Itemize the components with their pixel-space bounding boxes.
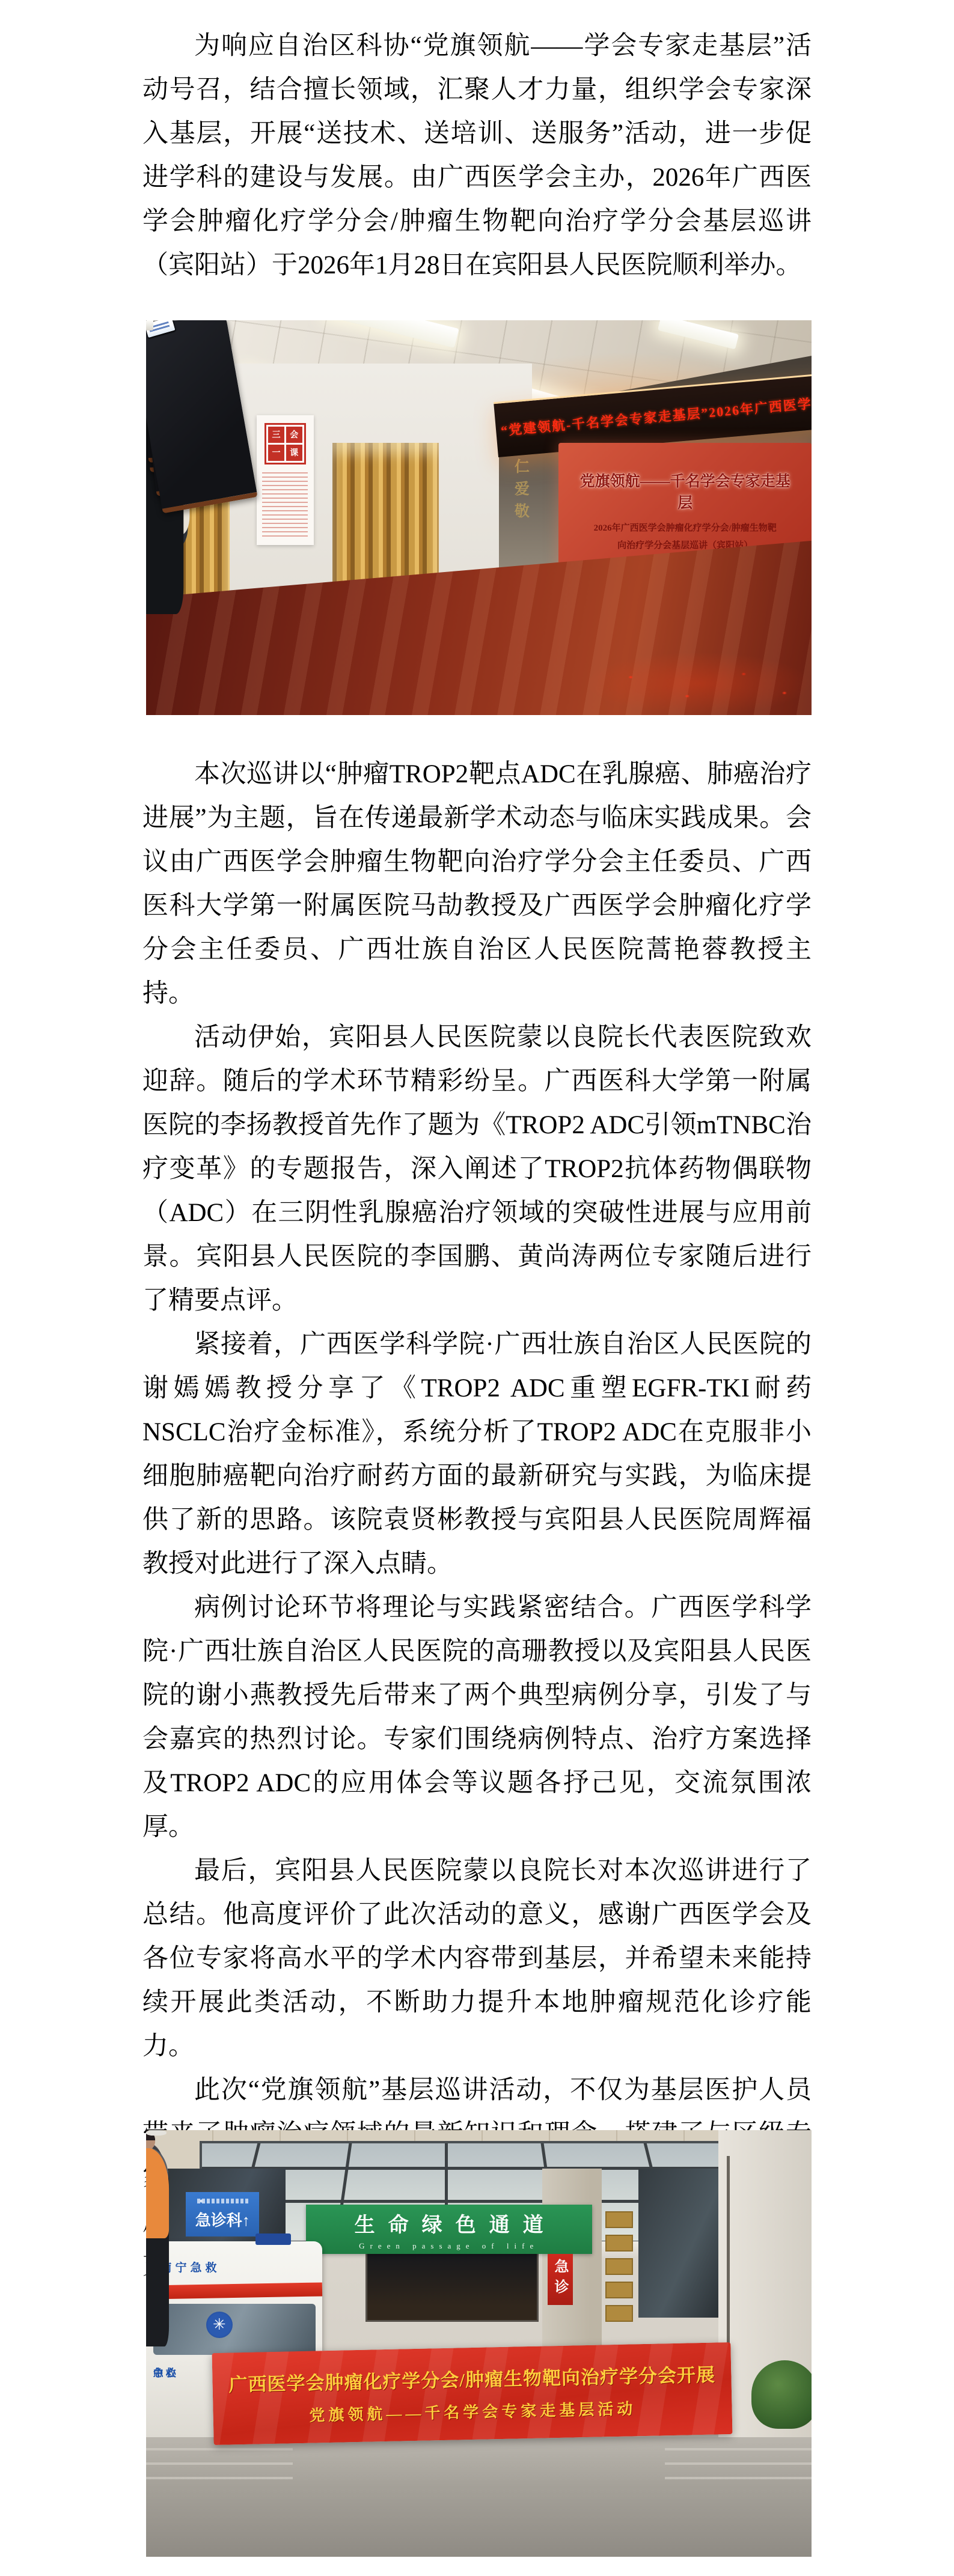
hospital-logo-icon (197, 2199, 248, 2203)
slide-title: 党旗领航——千名学会专家走基层 (579, 469, 792, 513)
green-sign-cn: 生命绿色通道 (341, 2208, 557, 2238)
green-passage-sign: 生命绿色通道 Green passage of life (306, 2205, 592, 2254)
red-banner: 广西医学会肿瘤化疗学分会/肿瘤生物靶向治疗学分会开展 党旗领航——千名学会专家走… (212, 2342, 732, 2445)
paragraph-lecture2: 紧接着，广西医学科学院·广西壮族自治区人民医院的谢嫣嫣教授分享了《TROP2 A… (142, 1323, 812, 1586)
ambulance-text-top: 南宁急救 (160, 2259, 301, 2275)
shrub (751, 2360, 812, 2429)
glass-wall-right (638, 2169, 718, 2318)
shoe (146, 2130, 165, 2136)
article-page: 为响应自治区科协“党旗领航——学会专家走基层”活动号召，结合擅长领域，汇聚人才力… (0, 0, 954, 2576)
emergency-vertical-sign: 急诊 (548, 2254, 573, 2305)
ambulance-lightbar (255, 2233, 291, 2246)
paragraph-theme: 本次巡讲以“肿瘤TROP2靶点ADC在乳腺癌、肺癌治疗进展”为主题，旨在传递最新… (142, 752, 812, 1015)
sanhui-yike-logo: 三 会 一 课 (264, 423, 306, 464)
party-study-poster: 三 会 一 课 (257, 415, 314, 546)
paragraph-summary: 最后，宾阳县人民医院蒙以良院长对本次巡讲进行了总结。他高度评价了此次活动的意义，… (142, 1849, 812, 2068)
steps-right (665, 2448, 812, 2491)
entrance-door (365, 2250, 539, 2322)
award-plaques (602, 2211, 635, 2318)
banner-line-2: 党旗领航——千名学会专家走基层活动 (309, 2397, 637, 2426)
pole (727, 2156, 730, 2369)
ambulance-stripe (146, 2283, 323, 2300)
wall-motto: 仁爱敬 (509, 458, 531, 525)
paragraph-intro: 为响应自治区科协“党旗领航——学会专家走基层”活动号召，结合擅长领域，汇聚人才力… (142, 24, 812, 287)
meeting-room-photo: 三 会 一 课 仁爱敬 “党建领航-千名学会专家走基层”2026年广西医学会肿瘤… (146, 320, 812, 715)
article-body: 本次巡讲以“肿瘤TROP2靶点ADC在乳腺癌、肺癌治疗进展”为主题，旨在传递最新… (142, 752, 812, 2288)
paragraph-opening: 活动伊始，宾阳县人民医院蒙以良院长代表医院致欢迎辞。随后的学术环节精彩纷呈。广西… (142, 1015, 812, 1323)
slide-subtitle-1: 2026年广西医学会肿瘤化疗学分会/肿瘤生物靶 (579, 521, 792, 534)
ambulance-window (153, 2304, 316, 2355)
paragraph-cases: 病例讨论环节将理论与实践紧密结合。广西医学科学院·广西壮族自治区人民医院的高珊教… (142, 1586, 812, 1849)
steps-left (146, 2448, 293, 2491)
emergency-dept-sign: 急诊科↑ (186, 2192, 259, 2237)
led-reflection (586, 652, 812, 715)
banner-line-1: 广西医学会肿瘤化疗学分会/肿瘤生物靶向治疗学分会开展 (228, 2360, 715, 2397)
poster-body-text (262, 472, 308, 537)
paper-cup (146, 320, 153, 330)
emergency-dept-text: 急诊科↑ (195, 2208, 250, 2230)
green-sign-en: Green passage of life (359, 2241, 539, 2251)
star-of-life-icon: ✳ (206, 2312, 233, 2338)
group-photo-hospital: 生命绿色通道 Green passage of life 急诊科↑ 急诊 南宁急… (146, 2130, 812, 2557)
